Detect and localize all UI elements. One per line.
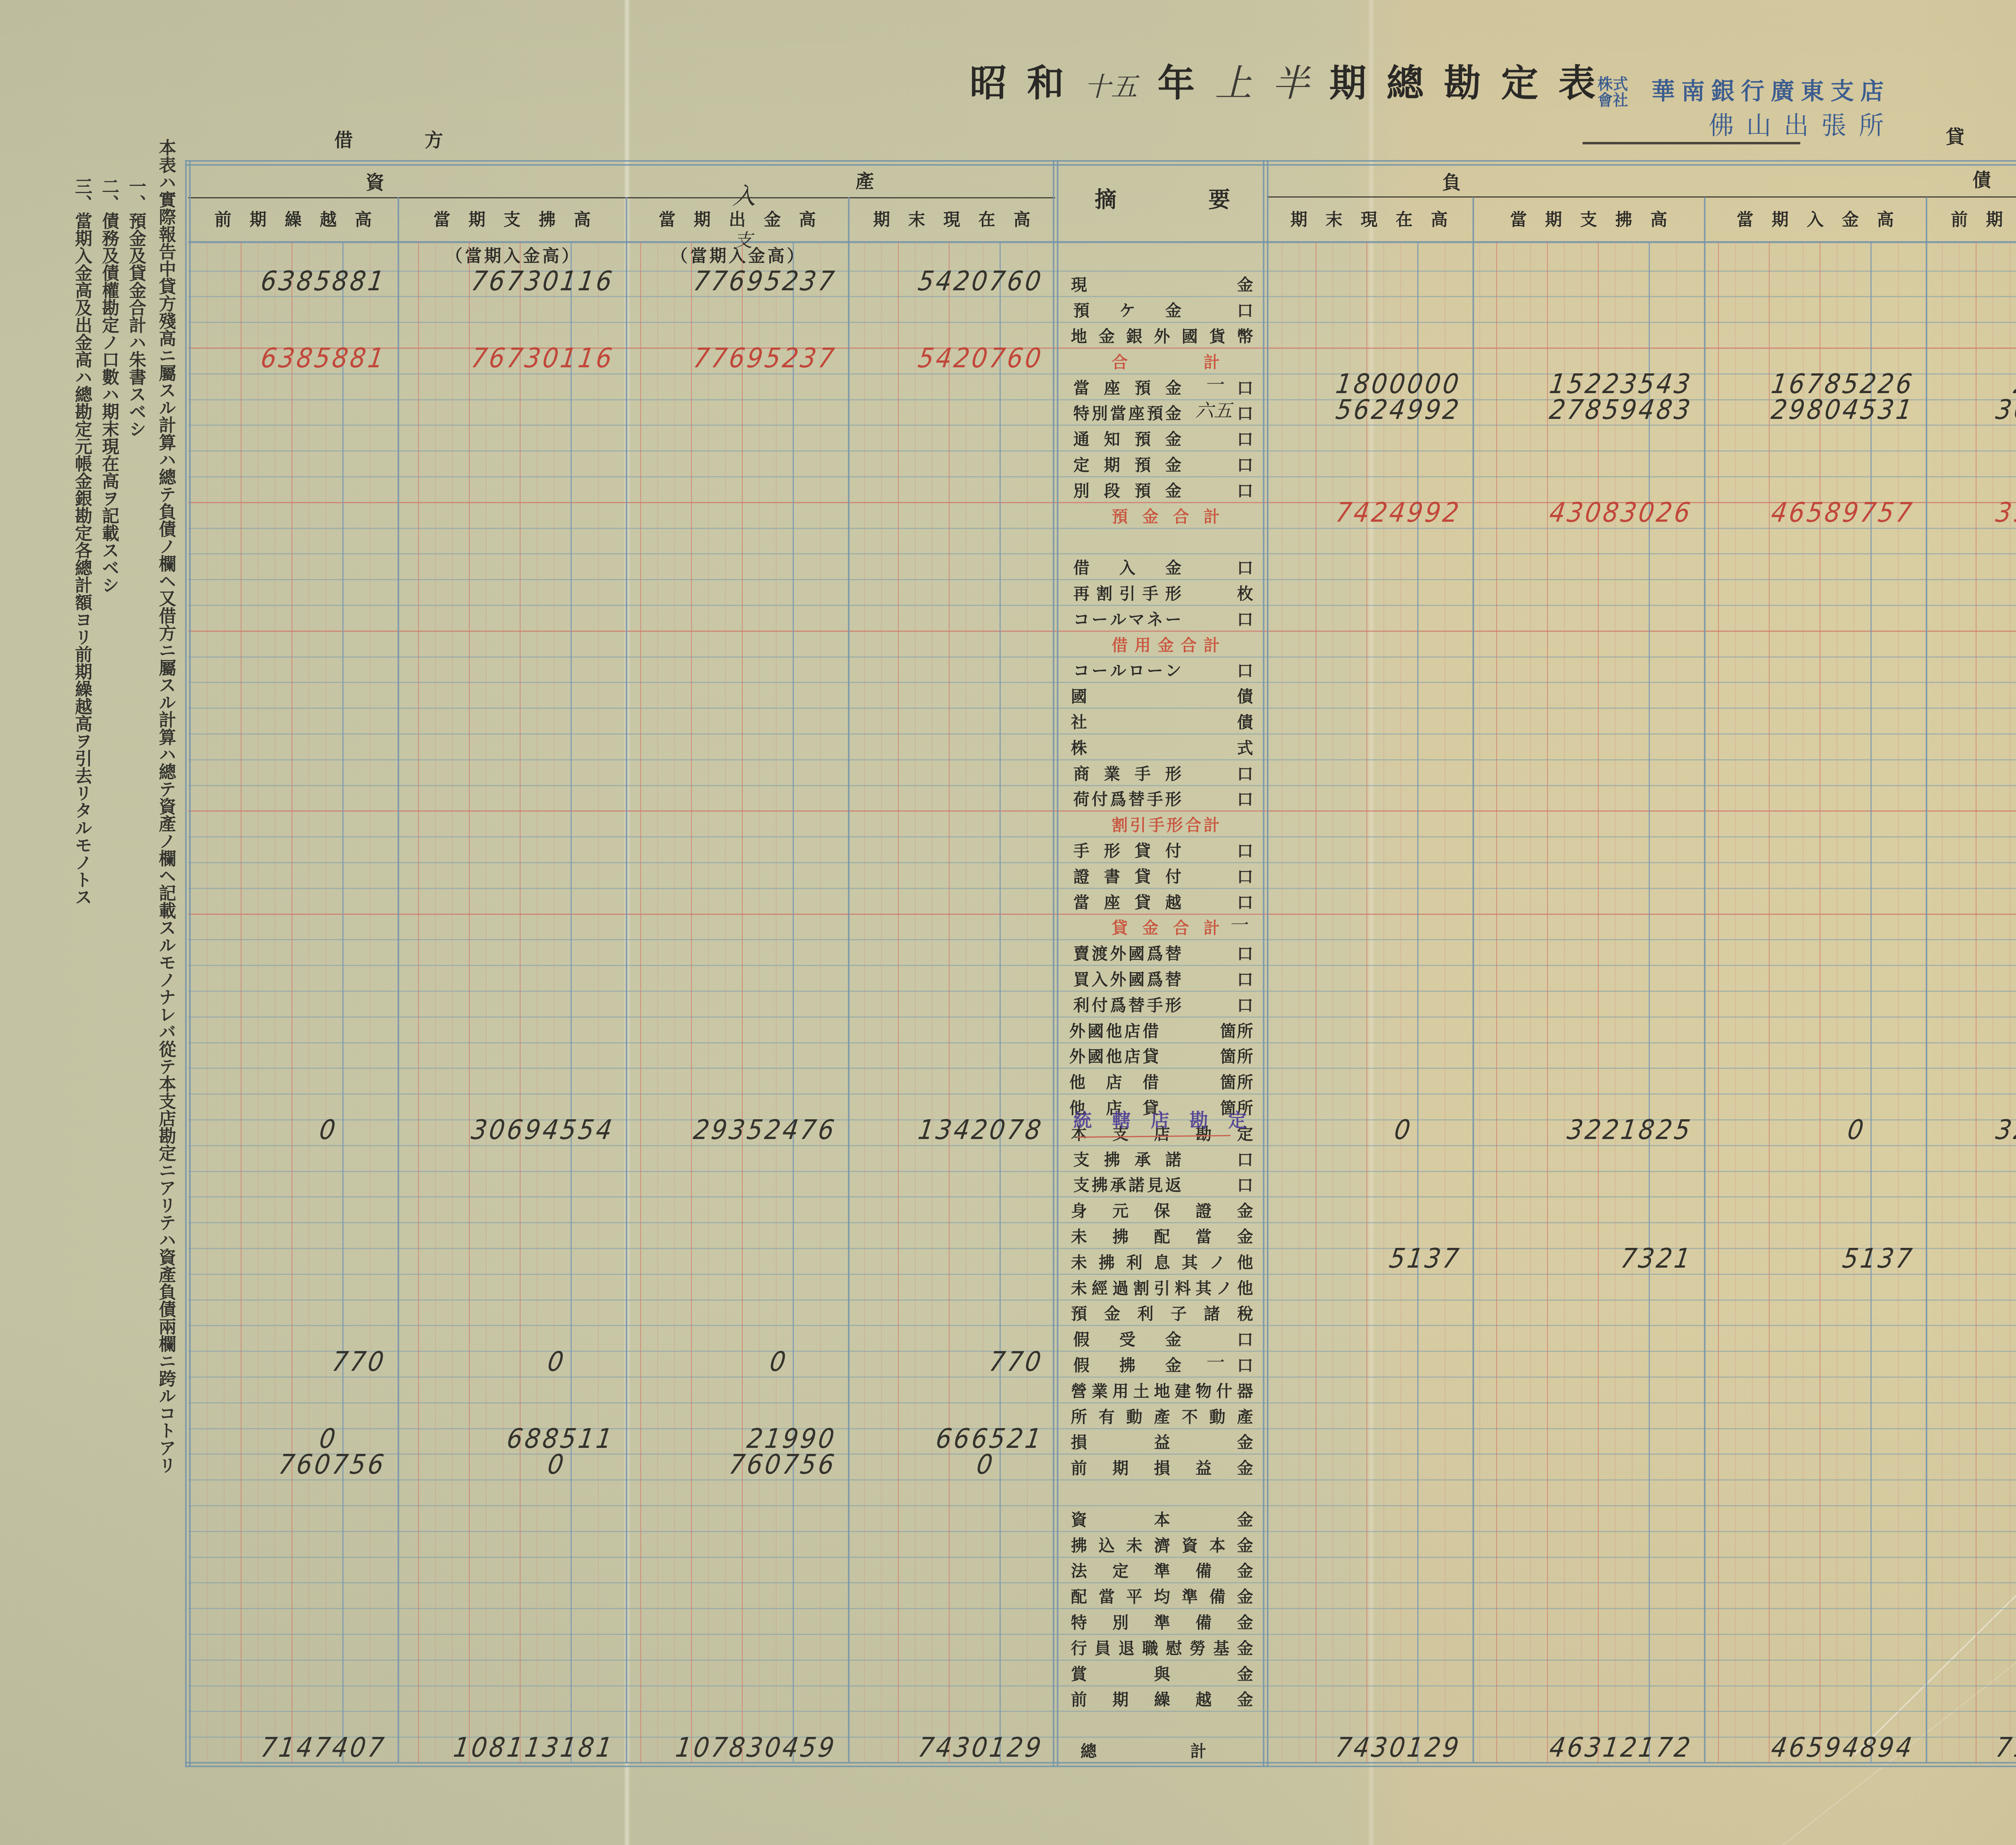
label-char: 外 <box>1110 967 1126 990</box>
subtotal-label: 預金合計 <box>1112 502 1220 528</box>
liability-receipts-amount: 0 <box>1702 1116 1868 1145</box>
label-char: 座 <box>1129 401 1145 424</box>
label-char: 金 <box>1237 1224 1253 1247</box>
label-char: 地 <box>1154 1379 1170 1401</box>
label-char: 貸 <box>1135 838 1151 861</box>
ledger-row: 定期預金口 <box>0 451 2016 477</box>
ledger-row: 特別當座預金口六五562499227859483298045313679944 <box>0 400 2016 425</box>
label-char: 用 <box>1112 1379 1129 1401</box>
label-char: 合 <box>1185 812 1201 835</box>
label-char: 金 <box>1165 1327 1181 1350</box>
label-char: 付 <box>1092 787 1108 810</box>
liability-closing-balance-amount: 5137 <box>1263 1245 1463 1273</box>
label-char: 前 <box>1071 1456 1087 1478</box>
ledger-row: 貸金合計一 <box>0 914 2016 940</box>
label-char: 證 <box>1195 1198 1212 1221</box>
label-char: 員 <box>1095 1636 1111 1659</box>
account-label: 假拂金 <box>1073 1351 1181 1377</box>
label-char: 繰 <box>1154 1687 1170 1710</box>
label-char: 資 <box>1182 1533 1198 1556</box>
label-char: 受 <box>1119 1327 1135 1350</box>
account-label: 資本金 <box>1071 1506 1253 1531</box>
account-label: 國債 <box>1071 683 1253 708</box>
label-char: 外 <box>1110 941 1126 964</box>
assets-group-divider <box>188 197 1055 198</box>
label-char: 假 <box>1073 1353 1089 1376</box>
label-char: 付 <box>1092 993 1108 1016</box>
ledger-row: 利付爲替手形口 <box>0 991 2016 1017</box>
label-char: 有 <box>1099 1404 1115 1427</box>
label-char: 借 <box>1073 555 1089 578</box>
label-char: 書 <box>1104 864 1120 887</box>
label-char: 別 <box>1073 478 1089 501</box>
col-subheader-receipts: （當期入金高） <box>398 245 626 267</box>
asset-closing-balance-amount: 5420760 <box>846 267 1045 296</box>
label-char: 器 <box>1237 1379 1253 1401</box>
label-char: 貸 <box>1135 864 1151 887</box>
ledger-row: 當座貸越口 <box>0 888 2016 914</box>
label-char: 割 <box>1133 1276 1150 1299</box>
label-char: 支 <box>1073 1147 1089 1170</box>
col-header-liabilities-closing-balance: 期末現在高 <box>1265 208 1473 231</box>
asset-payments-amount: 688511 <box>396 1424 616 1453</box>
label-char: 預 <box>1073 298 1089 321</box>
ledger-row: 前期繰越金 <box>0 1686 2016 1712</box>
account-label: 外國他店貸 <box>1069 1043 1159 1068</box>
title-segment: 年 <box>1158 61 1215 105</box>
label-char: 本 <box>1209 1533 1225 1556</box>
label-char: 當 <box>1110 401 1126 424</box>
ledger-row: 前期損益金76075607607560 <box>0 1454 2016 1480</box>
ledger-row: 本支店勘定統轄店勘定030694554293524761342078032218… <box>0 1120 2016 1145</box>
label-char: 拂 <box>1099 1250 1115 1273</box>
account-unit-label: 口 <box>1206 297 1254 323</box>
col-header-liabilities-carried-forward: 前期繰越高 <box>1926 208 2016 231</box>
ledger-row: 外國他店借箇所 <box>0 1017 2016 1043</box>
label-char: 金 <box>1165 1353 1181 1376</box>
ledger-row: 借用金合計 <box>0 631 2016 657</box>
label-char: 備 <box>1209 1584 1225 1607</box>
label-char: 手 <box>1147 787 1163 810</box>
account-label: 賣渡外國爲替 <box>1073 940 1181 966</box>
account-label: 假受金 <box>1073 1326 1181 1351</box>
label-char: 賣 <box>1073 941 1089 964</box>
label-char: 他 <box>1069 1070 1085 1093</box>
asset-closing-balance-amount: 770 <box>846 1347 1045 1376</box>
label-char: 形 <box>1165 581 1181 604</box>
label-char: 形 <box>1165 787 1181 810</box>
account-unit-label: 箇所 <box>1206 1043 1254 1068</box>
label-char: 預 <box>1135 375 1151 398</box>
credit-side-label: 貸 <box>1944 127 1966 147</box>
label-char: 預 <box>1147 401 1163 424</box>
label-char: 定 <box>1228 1106 1247 1132</box>
label-char: 當 <box>1073 375 1089 398</box>
label-char: 諾 <box>1129 1172 1145 1195</box>
label-char: 手 <box>1142 581 1158 604</box>
ledger-row: 社債 <box>0 708 2016 734</box>
ledger-row: 未拂利息其ノ他5137732151377321 <box>0 1248 2016 1274</box>
account-label: 未拂配當金 <box>1071 1223 1253 1249</box>
asset-payments-amount: 76730116 <box>396 344 616 373</box>
group-header-liabilities: 債 <box>1970 169 1994 191</box>
ledger-row: 預ケ金口 <box>0 297 2016 323</box>
account-label: 現金 <box>1071 271 1253 297</box>
label-char: 諾 <box>1165 1147 1181 1170</box>
label-char: 轄 <box>1112 1106 1131 1132</box>
liability-closing-balance-amount: 5624992 <box>1263 396 1463 424</box>
account-unit-label: 口 <box>1206 451 1254 477</box>
label-char: 債 <box>1237 684 1253 707</box>
liability-receipts-amount: 5137 <box>1702 1245 1916 1273</box>
label-char: 承 <box>1135 1147 1151 1170</box>
account-label: 拂込未濟資本金 <box>1071 1531 1253 1557</box>
col-header-assets-carried-forward: 前期繰越高 <box>188 208 398 231</box>
label-char: 金 <box>1165 555 1181 578</box>
account-unit-label: 枚 <box>1206 580 1254 606</box>
label-char: 段 <box>1104 478 1120 501</box>
label-char: マ <box>1129 607 1145 630</box>
label-char: 料 <box>1175 1276 1191 1299</box>
table-top-rule <box>185 164 2016 166</box>
account-unit-label: 口 <box>1206 425 1254 451</box>
account-unit-label: 口 <box>1206 991 1254 1017</box>
asset-closing-balance-amount: 1342078 <box>846 1116 1045 1145</box>
label-char: 什 <box>1216 1379 1233 1401</box>
label-char: 借 <box>1112 633 1128 656</box>
label-char: 準 <box>1154 1610 1170 1633</box>
asset-closing-balance-amount: 0 <box>846 1450 997 1479</box>
account-label: 營業用土地建物什器 <box>1071 1377 1253 1403</box>
label-char: 計 <box>1204 812 1220 835</box>
ledger-row: 商業手形口 <box>0 760 2016 785</box>
account-unit-label: 口 <box>1206 837 1254 863</box>
label-char: 地 <box>1071 324 1087 347</box>
label-char: ー <box>1092 658 1108 681</box>
account-label: 預金利子諸稅 <box>1071 1300 1253 1326</box>
label-char: 金 <box>1237 1456 1253 1478</box>
label-char: 返 <box>1165 1172 1181 1195</box>
label-char: 業 <box>1092 1379 1108 1401</box>
label-char: ー <box>1092 607 1108 630</box>
label-char: 國 <box>1129 941 1145 964</box>
label-char: 金 <box>1165 452 1181 475</box>
label-char: 賞 <box>1071 1662 1087 1685</box>
col-header-liabilities-receipts: 當期入金高 <box>1704 208 1926 231</box>
label-char: 引 <box>1154 1276 1170 1299</box>
ledger-row <box>0 1480 2016 1506</box>
account-label: 別段預金 <box>1073 477 1181 502</box>
label-char: 入 <box>1119 555 1135 578</box>
label-char: 店 <box>1125 1018 1141 1041</box>
label-char: 荷 <box>1073 787 1089 810</box>
label-char: 利 <box>1126 1250 1142 1273</box>
asset-disbursements-amount: 29352476 <box>624 1116 838 1145</box>
label-char: 物 <box>1195 1379 1212 1401</box>
label-char: 他 <box>1237 1250 1253 1273</box>
label-char: ケ <box>1119 298 1135 321</box>
label-char: 當 <box>1073 890 1089 913</box>
account-unit-label: 口 <box>1206 477 1254 502</box>
page-title: 昭和十五年上半期總勘定表 <box>970 64 1616 102</box>
label-char: 借 <box>1143 1018 1159 1041</box>
label-char: 計 <box>1190 1739 1206 1762</box>
col-header-assets-closing-balance: 期末現在高 <box>848 208 1055 231</box>
ledger-row: コールローン口 <box>0 657 2016 683</box>
label-char: 退 <box>1118 1636 1135 1659</box>
label-char: 形 <box>1167 812 1183 835</box>
label-char: 金 <box>1158 633 1174 656</box>
label-char: 金 <box>1237 1584 1253 1607</box>
liability-closing-balance-amount: 7430129 <box>1263 1733 1463 1762</box>
liability-payments-amount: 27859483 <box>1471 396 1694 424</box>
liability-receipts-amount: 46589757 <box>1702 498 1916 527</box>
label-char: 拂 <box>1119 1353 1135 1376</box>
handwritten-account-count: 一 <box>1189 1348 1238 1374</box>
label-char: 均 <box>1154 1584 1170 1607</box>
label-char: ル <box>1110 658 1126 681</box>
label-char: 手 <box>1135 761 1151 784</box>
group-header-assets: 產 <box>853 170 877 192</box>
ledger-row: 國債 <box>0 683 2016 708</box>
label-char: 手 <box>1148 812 1164 835</box>
label-char: 商 <box>1073 761 1089 784</box>
label-char: 其 <box>1195 1276 1212 1299</box>
asset-carried-forward-amount: 7147407 <box>186 1733 388 1762</box>
account-unit-label: 箇所 <box>1206 1017 1254 1043</box>
label-char: 當 <box>1099 1584 1115 1607</box>
label-char: 別 <box>1092 401 1108 424</box>
label-char: 別 <box>1112 1610 1129 1633</box>
label-char: 手 <box>1073 838 1089 861</box>
label-char: 不 <box>1182 1404 1198 1427</box>
liability-receipts-amount: 29804531 <box>1702 396 1916 424</box>
account-label: 前期損益金 <box>1071 1454 1253 1480</box>
ledger-row: 預金利子諸稅 <box>0 1300 2016 1326</box>
ledger-row: 營業用土地建物什器 <box>0 1377 2016 1403</box>
issuer-company-type-line: 株式 <box>1597 76 1628 92</box>
label-char: 資 <box>1071 1507 1087 1530</box>
label-char: 金 <box>1142 504 1158 527</box>
label-char: ー <box>1165 607 1181 630</box>
label-char: 現 <box>1071 272 1087 295</box>
title-segment: 昭和 <box>970 61 1084 105</box>
label-char: 假 <box>1073 1327 1089 1350</box>
asset-disbursements-amount: 77695237 <box>624 267 838 296</box>
account-label: 商業手形 <box>1073 760 1181 785</box>
label-char: 未 <box>1071 1276 1087 1299</box>
col-header-liabilities-payments: 當期支拂高 <box>1473 208 1704 231</box>
label-char: 貨 <box>1209 324 1225 347</box>
label-char: 店 <box>1151 1106 1169 1132</box>
label-char: 定 <box>1073 452 1089 475</box>
ledger-row: 未經過割引料其ノ他 <box>0 1274 2016 1300</box>
account-unit-label: 口 <box>1206 554 1254 580</box>
label-char: 外 <box>1069 1044 1085 1067</box>
label-char: 其 <box>1182 1250 1198 1273</box>
label-char: 建 <box>1175 1379 1191 1401</box>
label-char: 込 <box>1099 1533 1115 1556</box>
account-label: 身元保證金 <box>1071 1197 1253 1223</box>
label-char: 子 <box>1170 1301 1187 1324</box>
title-handwritten-half: 半 <box>1272 62 1329 105</box>
label-char: 拂 <box>1071 1533 1087 1556</box>
account-label: 定期預金 <box>1073 451 1181 477</box>
ledger-row: 通知預金口 <box>0 425 2016 451</box>
table-bottom-rule <box>185 1766 2016 1767</box>
liability-closing-balance-amount: 0 <box>1263 1116 1414 1145</box>
label-char: 準 <box>1154 1558 1170 1581</box>
ledger-row: 買入外國爲替口 <box>0 966 2016 991</box>
label-char: 動 <box>1126 1404 1142 1427</box>
subtotal-label: 合計 <box>1112 348 1220 374</box>
ledger-row: 拂込未濟資本金 <box>0 1531 2016 1557</box>
label-char: 手 <box>1147 993 1163 1016</box>
label-char: 形 <box>1104 838 1120 861</box>
asset-carried-forward-amount: 0 <box>186 1116 339 1145</box>
ledger-row: 再割引手形枚 <box>0 580 2016 606</box>
ledger-row: 賞與金 <box>0 1660 2016 1686</box>
label-char: 未 <box>1071 1224 1087 1247</box>
label-char: 期 <box>1112 1687 1129 1710</box>
account-label: 預ケ金 <box>1073 297 1181 323</box>
label-char: 特 <box>1071 1610 1087 1633</box>
liability-payments-amount: 3221825 <box>1471 1116 1694 1145</box>
account-label: 社債 <box>1071 708 1253 734</box>
label-char: 金 <box>1165 375 1181 398</box>
liability-carried-forward-amount: 3221825 <box>1924 1116 2016 1145</box>
liability-receipts-amount: 46594894 <box>1702 1733 1916 1762</box>
label-char: 爲 <box>1110 787 1126 810</box>
label-char: 過 <box>1112 1276 1129 1299</box>
account-unit-label: 口 <box>1206 966 1254 991</box>
ledger-row: 身元保證金 <box>0 1197 2016 1223</box>
label-char: 爲 <box>1147 941 1163 964</box>
label-char: 他 <box>1237 1276 1253 1299</box>
asset-disbursements-amount: 77695237 <box>624 344 838 373</box>
label-char: 元 <box>1112 1198 1129 1221</box>
label-char: 保 <box>1154 1198 1170 1221</box>
ledger-row: 支拂承諾口 <box>0 1145 2016 1171</box>
liability-carried-forward-amount: 3918261 <box>1924 498 2016 527</box>
issuer-underline <box>1583 142 1800 144</box>
label-char: 定 <box>1112 1558 1129 1581</box>
correction-stamp: 統轄店勘定 <box>1073 1108 1247 1130</box>
label-char: ノ <box>1209 1250 1225 1273</box>
account-unit-label: 口 <box>1206 862 1254 888</box>
label-char: 未 <box>1126 1533 1142 1556</box>
label-char: 前 <box>1071 1687 1087 1710</box>
account-label: 支拂承諾 <box>1073 1145 1181 1171</box>
table-top-rule <box>185 160 2016 162</box>
account-label: 未經過割引料其ノ他 <box>1071 1274 1253 1300</box>
col-header-assets-payments: 當期支拂高 <box>398 208 626 231</box>
label-char: 引 <box>1119 581 1135 604</box>
account-label: 他店借 <box>1069 1068 1159 1094</box>
handwritten-account-count: 六五 <box>1189 396 1238 422</box>
label-char: 合 <box>1173 915 1189 938</box>
label-char: 越 <box>1165 890 1181 913</box>
label-char: 渡 <box>1092 941 1108 964</box>
label-char: 金 <box>1237 1662 1253 1685</box>
label-char: 計 <box>1204 633 1220 656</box>
account-unit-label: 箇所 <box>1206 1068 1254 1094</box>
summary-column-header: 摘 <box>1091 187 1120 212</box>
liability-closing-balance-amount: 7424992 <box>1263 498 1463 527</box>
asset-closing-balance-amount: 5420760 <box>846 344 1045 373</box>
label-char: 知 <box>1104 427 1120 450</box>
handwritten-account-count: 一 <box>1214 911 1262 937</box>
account-label: 外國他店借 <box>1069 1017 1159 1043</box>
label-char: 預 <box>1135 427 1151 450</box>
liability-carried-forward-amount: 3679944 <box>1924 396 2016 424</box>
label-char: 金 <box>1237 1533 1253 1556</box>
label-char: 外 <box>1154 324 1170 347</box>
label-char: 入 <box>1092 967 1108 990</box>
label-char: コ <box>1073 607 1089 630</box>
label-char: 行 <box>1071 1636 1087 1659</box>
label-char: ロ <box>1129 658 1145 681</box>
account-unit-label: 口 <box>1206 760 1254 785</box>
label-char: 通 <box>1073 427 1089 450</box>
label-char: 國 <box>1071 684 1087 707</box>
handwritten-correction-above: 入 <box>730 184 758 208</box>
label-char: 金 <box>1237 1636 1253 1659</box>
label-char: 金 <box>1237 1558 1253 1581</box>
account-label: 借入金 <box>1073 554 1181 580</box>
account-label: 配當平均準備金 <box>1071 1583 1253 1609</box>
label-char: 備 <box>1195 1558 1212 1581</box>
liability-carried-forward-amount: 7321 <box>1924 1245 2016 1273</box>
label-char: 貸 <box>1135 890 1151 913</box>
label-char: 預 <box>1135 452 1151 475</box>
label-char: 法 <box>1071 1558 1087 1581</box>
account-label: 行員退職慰勞基金 <box>1071 1634 1253 1660</box>
label-char: 金 <box>1237 1687 1253 1710</box>
label-char: 貸 <box>1112 915 1128 938</box>
grand-total-label: 總計 <box>1081 1737 1206 1763</box>
account-label: 賞與金 <box>1071 1660 1253 1686</box>
label-char: 勘 <box>1189 1106 1208 1132</box>
group-header-assets: 資 <box>363 171 387 193</box>
label-char: 見 <box>1147 1172 1163 1195</box>
label-char: 爲 <box>1110 993 1126 1016</box>
label-char: 身 <box>1071 1198 1087 1221</box>
label-char: 平 <box>1126 1584 1142 1607</box>
ledger-row: 他店借箇所 <box>0 1068 2016 1094</box>
debit-side-label: 方 <box>423 130 445 150</box>
label-char: 損 <box>1154 1456 1170 1478</box>
label-char: 再 <box>1073 581 1089 604</box>
asset-carried-forward-amount: 6385881 <box>186 344 388 373</box>
label-char: 他 <box>1106 1018 1122 1041</box>
ledger-row: 割引手形合計 <box>0 811 2016 837</box>
label-char: 店 <box>1106 1070 1122 1093</box>
label-char: 替 <box>1165 967 1181 990</box>
label-char: 金 <box>1165 401 1181 424</box>
liability-payments-amount: 46312172 <box>1471 1733 1694 1762</box>
label-char: ン <box>1165 658 1181 681</box>
label-char: 期 <box>1104 452 1120 475</box>
account-label: 手形貸付 <box>1073 837 1181 863</box>
asset-payments-amount: 108113181 <box>396 1733 616 1762</box>
label-char: 證 <box>1073 864 1089 887</box>
label-char: コ <box>1073 658 1089 681</box>
account-label: 買入外國爲替 <box>1073 966 1181 991</box>
issuer-bank-branch: 華南銀行廣東支店 <box>1652 79 1890 104</box>
label-char: 期 <box>1112 1456 1129 1478</box>
label-char: 益 <box>1154 1430 1170 1453</box>
